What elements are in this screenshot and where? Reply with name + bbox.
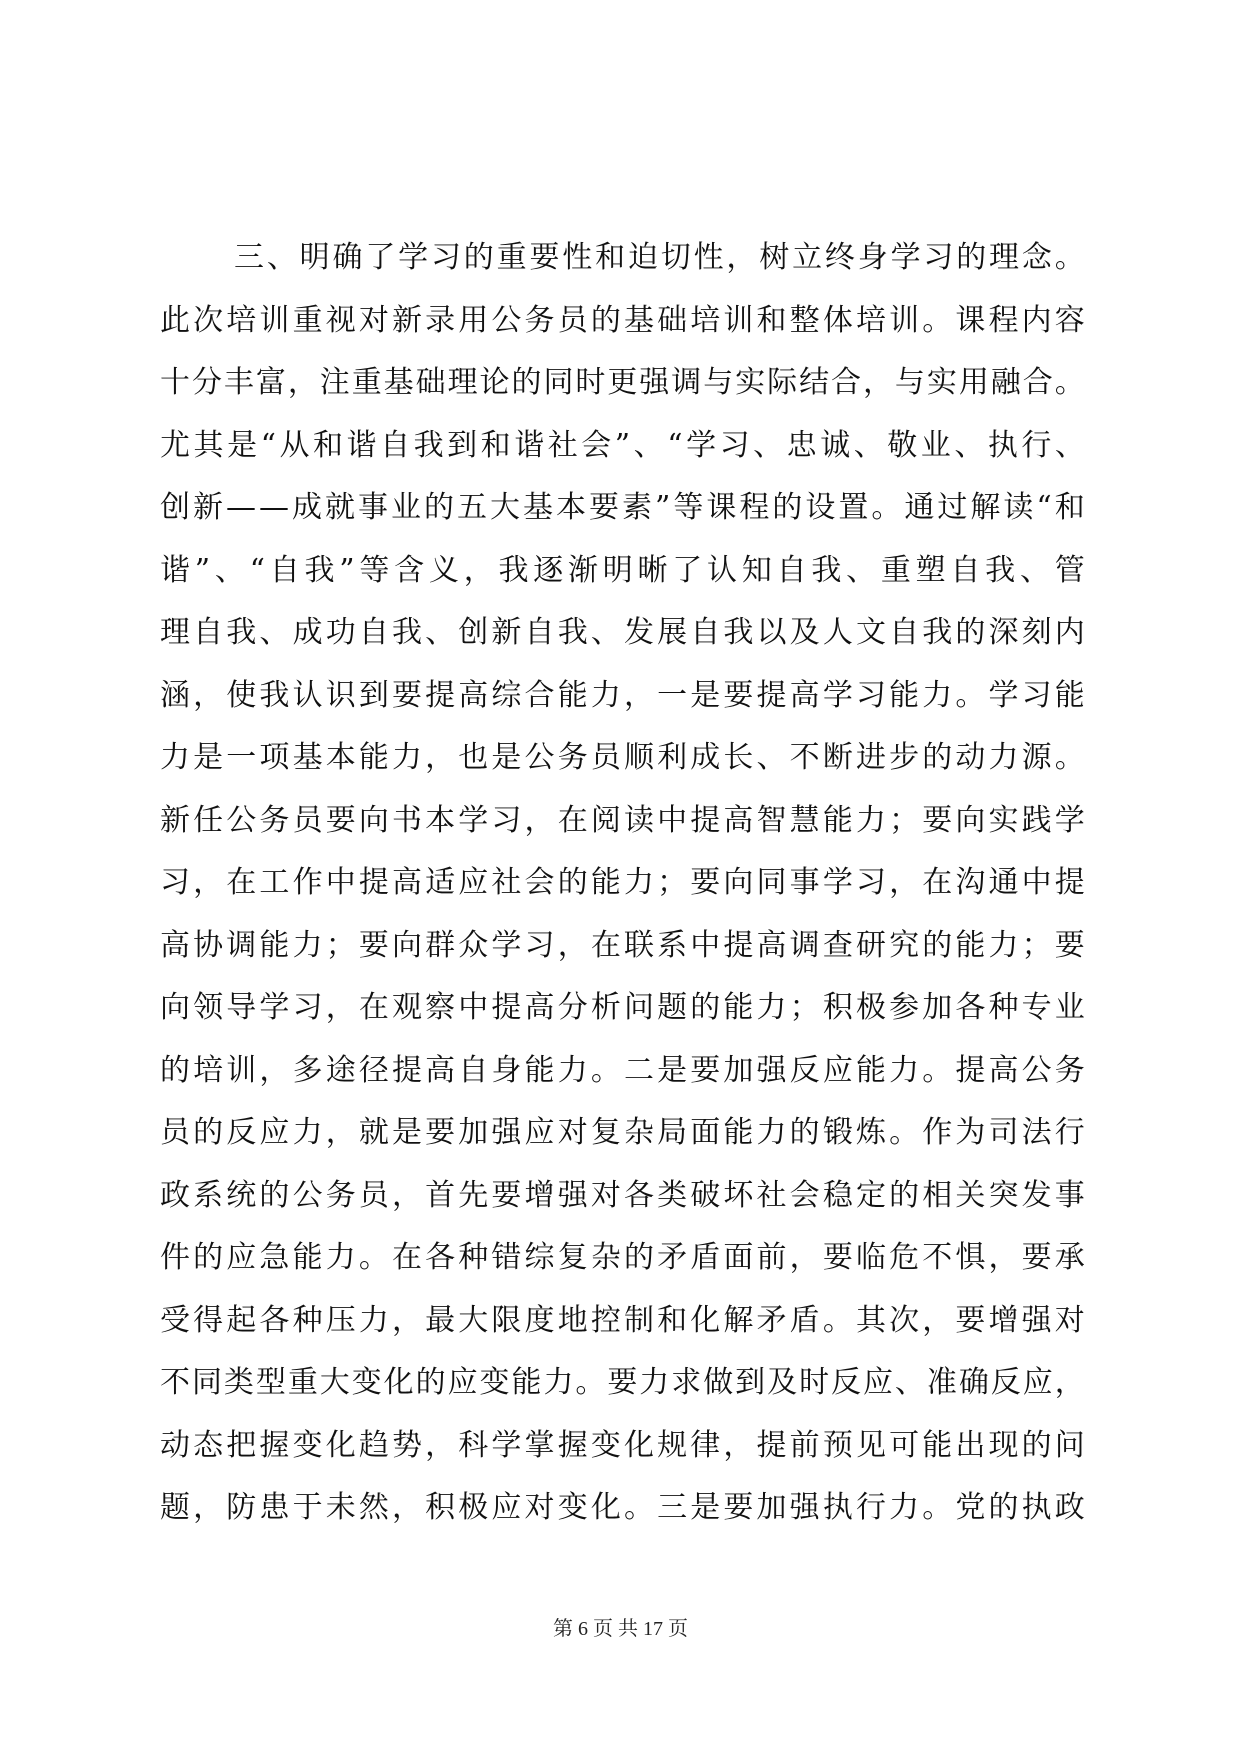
glyph: 培 (226, 299, 256, 362)
glyph: 要 (922, 799, 952, 862)
glyph: 反 (991, 1361, 1021, 1424)
glyph: 要 (723, 674, 753, 737)
glyph: 学 (989, 674, 1019, 737)
glyph: 工 (259, 861, 289, 924)
glyph: 的 (259, 1174, 289, 1237)
glyph: 实 (735, 361, 765, 424)
glyph: 能 (591, 861, 621, 924)
glyph: 力 (543, 1361, 573, 1424)
glyph: 及 (790, 611, 820, 674)
glyph: 我 (811, 549, 841, 612)
glyph: 的 (464, 236, 494, 299)
glyph: 高 (790, 674, 820, 737)
glyph: 敬 (887, 424, 917, 487)
glyph: 富 (256, 361, 286, 424)
glyph: 顺 (624, 736, 654, 799)
glyph: 中 (657, 799, 687, 862)
glyph: 公 (226, 799, 256, 862)
glyph: 高 (458, 674, 488, 737)
glyph: 也 (458, 736, 488, 799)
glyph: “ (667, 424, 682, 487)
glyph: 的 (922, 924, 952, 987)
glyph: 力 (889, 1049, 919, 1112)
glyph: 能 (889, 674, 919, 737)
glyph: 习 (293, 986, 323, 1049)
glyph: 同 (543, 361, 573, 424)
glyph: 强 (757, 1049, 787, 1112)
glyph: 是 (392, 1111, 422, 1174)
glyph: 员 (359, 1174, 389, 1237)
glyph: 得 (193, 1299, 223, 1362)
glyph: 要 (425, 1111, 455, 1174)
glyph: 课 (706, 486, 736, 549)
glyph: 提 (425, 674, 455, 737)
glyph: 我 (558, 611, 588, 674)
glyph: 文 (856, 611, 886, 674)
glyph: 承 (1055, 1236, 1085, 1299)
paragraph-line: 新任公务员要向书本学习，在阅读中提高智慧能力；要向实践学 (160, 799, 1085, 862)
glyph: 的 (511, 361, 541, 424)
glyph: 自 (458, 1049, 488, 1112)
glyph: 公 (491, 299, 521, 362)
glyph: ； (790, 986, 820, 1049)
glyph: 融 (991, 361, 1021, 424)
glyph: 以 (757, 611, 787, 674)
glyph: 观 (392, 986, 422, 1049)
glyph: 务 (558, 736, 588, 799)
glyph: 变 (293, 1424, 323, 1487)
glyph: 。 (922, 299, 952, 362)
glyph: 用 (458, 299, 488, 362)
glyph: 可 (889, 1424, 919, 1487)
glyph: 步 (889, 736, 919, 799)
glyph: 惧 (955, 1236, 985, 1299)
glyph: 要 (607, 1361, 637, 1424)
glyph: 提 (723, 924, 753, 987)
glyph: ， (922, 1299, 952, 1362)
glyph: 树 (759, 236, 789, 299)
glyph: 各 (955, 986, 985, 1049)
glyph: 。 (624, 1486, 654, 1549)
glyph: 谐 (347, 424, 377, 487)
glyph: 化 (384, 1361, 414, 1424)
glyph: 业 (391, 486, 421, 549)
glyph: 要 (359, 924, 389, 987)
glyph: ” (655, 486, 670, 549)
glyph: 众 (458, 924, 488, 987)
glyph: 稳 (823, 1174, 853, 1237)
glyph: 能 (1055, 674, 1085, 737)
glyph: 是 (657, 1049, 687, 1112)
glyph: 了 (672, 549, 702, 612)
glyph: 高 (757, 924, 787, 987)
glyph: 和 (657, 1299, 687, 1362)
glyph: 进 (856, 736, 886, 799)
glyph: 的 (889, 1174, 919, 1237)
glyph: 实 (989, 799, 1019, 862)
glyph: 、 (425, 611, 455, 674)
glyph: 学 (491, 1424, 521, 1487)
glyph: 。 (1055, 236, 1085, 299)
glyph: 诚 (820, 424, 850, 487)
glyph: 习 (491, 799, 521, 862)
glyph: 员 (293, 799, 323, 862)
glyph: 、 (895, 1361, 925, 1424)
glyph: 和 (757, 299, 787, 362)
glyph: 三 (657, 1486, 687, 1549)
glyph: 要 (589, 486, 619, 549)
glyph: 事 (790, 861, 820, 924)
glyph: 用 (959, 361, 989, 424)
glyph: 务 (259, 799, 289, 862)
glyph: 解 (723, 1299, 753, 1362)
glyph: 认 (707, 549, 737, 612)
glyph: 重 (497, 236, 527, 299)
glyph: 的 (955, 611, 985, 674)
glyph: 、 (1055, 424, 1085, 487)
glyph: 各 (425, 1236, 455, 1299)
glyph: 我 (985, 549, 1015, 612)
glyph: 向 (955, 799, 985, 862)
glyph: — (259, 486, 289, 549)
glyph: 程 (739, 486, 769, 549)
glyph: 习 (525, 924, 555, 987)
glyph: 反 (831, 1361, 861, 1424)
glyph: 患 (259, 1486, 289, 1549)
glyph: ； (889, 799, 919, 862)
glyph: 性 (694, 236, 724, 299)
glyph: 培 (193, 1049, 223, 1112)
glyph: “ (261, 424, 276, 487)
glyph: 读 (1003, 486, 1033, 549)
glyph: 分 (192, 361, 222, 424)
paragraph-line: 高协调能力；要向群众学习，在联系中提高调查研究的能力；要 (160, 924, 1085, 987)
glyph: 任 (193, 799, 223, 862)
glyph: 使 (226, 674, 256, 737)
glyph: 自 (950, 549, 980, 612)
glyph: 要 (723, 1486, 753, 1549)
glyph: 发 (624, 611, 654, 674)
glyph: 理 (989, 236, 1019, 299)
glyph: 向 (359, 799, 389, 862)
glyph: 。 (889, 1111, 919, 1174)
glyph: 应 (823, 1049, 853, 1112)
glyph: ， (193, 1486, 223, 1549)
paragraph-line: 题，防患于未然，积极应对变化。三是要加强执行力。党的执政 (160, 1486, 1085, 1549)
glyph: 的 (591, 299, 621, 362)
glyph: ” (615, 424, 630, 487)
glyph: 杂 (591, 1236, 621, 1299)
glyph: 程 (989, 299, 1019, 362)
glyph: 对 (591, 1174, 621, 1237)
glyph: 各 (259, 1299, 289, 1362)
glyph: 局 (657, 1111, 687, 1174)
glyph: 坏 (723, 1174, 753, 1237)
glyph: 能 (525, 1049, 555, 1112)
glyph: 盾 (790, 1299, 820, 1362)
glyph: 问 (1055, 1424, 1085, 1487)
glyph: ， (425, 1424, 455, 1487)
glyph: 过 (937, 486, 967, 549)
glyph: 题 (160, 1486, 190, 1549)
glyph: 课 (955, 299, 985, 362)
paragraph-line: 受得起各种压力，最大限度地控制和化解矛盾。其次，要增强对 (160, 1299, 1085, 1362)
glyph: ， (624, 674, 654, 737)
glyph: 础 (416, 361, 446, 424)
glyph: 员 (160, 1111, 190, 1174)
glyph: 确 (959, 1361, 989, 1424)
glyph: 事 (358, 486, 388, 549)
glyph: 综 (525, 1236, 555, 1299)
glyph: 度 (525, 1299, 555, 1362)
glyph: ， (989, 1236, 1019, 1299)
glyph: 现 (989, 1424, 1019, 1487)
glyph: 、 (757, 736, 787, 799)
glyph: 能 (823, 799, 853, 862)
glyph: 的 (558, 861, 588, 924)
glyph: 就 (359, 1111, 389, 1174)
glyph: 加 (757, 1486, 787, 1549)
glyph: 性 (562, 236, 592, 299)
glyph: 成 (292, 486, 322, 549)
glyph: ， (193, 861, 223, 924)
glyph: 能 (955, 924, 985, 987)
paragraph-line: 创新——成就事业的五大基本要素”等课程的设置。通过解读“和 (160, 486, 1085, 549)
glyph: 合 (525, 674, 555, 737)
glyph: 极 (458, 1486, 488, 1549)
glyph: 地 (558, 1299, 588, 1362)
glyph: 我 (414, 424, 444, 487)
glyph: 、 (954, 424, 984, 487)
glyph: 首 (425, 1174, 455, 1237)
glyph: ， (464, 549, 494, 612)
glyph: 时 (799, 1361, 829, 1424)
glyph: 等 (359, 549, 389, 612)
glyph: 习 (856, 861, 886, 924)
glyph: 要 (1022, 1236, 1052, 1299)
glyph: 念 (1022, 236, 1052, 299)
paragraph-line: 动态把握变化趋势，科学掌握变化规律，提前预见可能出现的问 (160, 1424, 1085, 1487)
glyph: 为 (955, 1111, 985, 1174)
glyph: 忠 (787, 424, 817, 487)
glyph: 慧 (790, 799, 820, 862)
glyph: 矛 (757, 1299, 787, 1362)
glyph: 化 (624, 1424, 654, 1487)
glyph: 迫 (628, 236, 658, 299)
glyph: ， (392, 1299, 422, 1362)
glyph: 研 (856, 924, 886, 987)
glyph: 立 (792, 236, 822, 299)
glyph: 化 (326, 1424, 356, 1487)
glyph: 力 (922, 674, 952, 737)
glyph: 自 (270, 549, 300, 612)
glyph: 更 (607, 361, 637, 424)
glyph: 新 (392, 299, 422, 362)
glyph: 能 (259, 924, 289, 987)
glyph: 化 (690, 1299, 720, 1362)
glyph: 变 (480, 1361, 510, 1424)
glyph: 刻 (1022, 611, 1052, 674)
glyph: 强 (491, 1111, 521, 1174)
glyph: 内 (1055, 611, 1085, 674)
glyph: 各 (624, 1174, 654, 1237)
glyph: 五 (457, 486, 487, 549)
glyph: 涵 (160, 674, 190, 737)
glyph: 杂 (624, 1111, 654, 1174)
glyph: 掌 (525, 1424, 555, 1487)
glyph: 中 (458, 986, 488, 1049)
glyph: 力 (889, 1486, 919, 1549)
glyph: 见 (856, 1424, 886, 1487)
glyph: 十 (160, 361, 190, 424)
glyph: 和 (481, 424, 511, 487)
glyph: 。 (359, 1236, 389, 1299)
glyph: 我 (226, 611, 256, 674)
glyph: 的 (416, 1361, 446, 1424)
glyph: 在 (392, 1236, 422, 1299)
glyph: 导 (226, 986, 256, 1049)
glyph: 社 (757, 1174, 787, 1237)
glyph: 制 (624, 1299, 654, 1362)
glyph: 培 (856, 299, 886, 362)
glyph: 在 (558, 799, 588, 862)
glyph: 动 (955, 736, 985, 799)
glyph: 参 (889, 986, 919, 1049)
glyph: 置 (838, 486, 868, 549)
paragraph-line: 习，在工作中提高适应社会的能力；要向同事学习，在沟通中提 (160, 861, 1085, 924)
glyph: 在 (226, 861, 256, 924)
glyph: 逐 (533, 549, 563, 612)
glyph: 复 (591, 1111, 621, 1174)
glyph: 执 (1022, 1486, 1052, 1549)
glyph: 、 (215, 549, 245, 612)
glyph: 种 (293, 1299, 323, 1362)
body-paragraph: 三、明确了学习的重要性和迫切性，树立终身学习的理念。 此次培训重视对新录用公务员… (160, 236, 1085, 1549)
glyph: 复 (558, 1236, 588, 1299)
glyph: 合 (831, 361, 861, 424)
glyph: 中 (326, 861, 356, 924)
glyph: ， (259, 1049, 289, 1112)
glyph: 力 (392, 736, 422, 799)
glyph: 结 (799, 361, 829, 424)
glyph: 的 (690, 986, 720, 1049)
glyph: 中 (690, 924, 720, 987)
glyph: 不 (922, 1236, 952, 1299)
glyph: 其 (194, 424, 224, 487)
glyph: 管 (1055, 549, 1085, 612)
glyph: 明 (300, 236, 330, 299)
glyph: 新 (160, 799, 190, 862)
glyph: 创 (458, 611, 488, 674)
glyph: 社 (491, 861, 521, 924)
paragraph-line: 谐”、“自我”等含义，我逐渐明晰了认知自我、重塑自我、管 (160, 549, 1085, 612)
glyph: 与 (703, 361, 733, 424)
paragraph-line: 员的反应力，就是要加强应对复杂局面能力的锻炼。作为司法行 (160, 1111, 1085, 1174)
glyph: 应 (448, 1361, 478, 1424)
glyph: 的 (772, 486, 802, 549)
glyph: 整 (790, 299, 820, 362)
glyph: 群 (425, 924, 455, 987)
glyph: 应 (259, 1111, 289, 1174)
glyph: 调 (226, 924, 256, 987)
glyph: 注 (320, 361, 350, 424)
glyph: 一 (657, 674, 687, 737)
glyph: 。 (922, 1486, 952, 1549)
glyph: 的 (193, 1111, 223, 1174)
glyph: 件 (160, 1236, 190, 1299)
glyph: 习 (856, 674, 886, 737)
glyph: 。 (823, 1299, 853, 1362)
glyph: 提 (359, 861, 389, 924)
glyph: 不 (790, 736, 820, 799)
glyph: 能 (293, 1236, 323, 1299)
glyph: 查 (823, 924, 853, 987)
glyph: 析 (591, 986, 621, 1049)
glyph: 应 (226, 1236, 256, 1299)
glyph: 向 (160, 986, 190, 1049)
glyph: 学 (823, 674, 853, 737)
glyph: 动 (160, 1424, 190, 1487)
glyph: 。 (922, 1049, 952, 1112)
glyph: 趋 (359, 1424, 389, 1487)
glyph: 握 (259, 1424, 289, 1487)
glyph: ； (657, 861, 687, 924)
glyph: 自 (690, 611, 720, 674)
glyph: 发 (1022, 1174, 1052, 1237)
glyph: 反 (790, 1049, 820, 1112)
glyph: 就 (325, 486, 355, 549)
glyph: 急 (259, 1236, 289, 1299)
glyph: 晰 (638, 549, 668, 612)
glyph: ， (723, 1424, 753, 1487)
glyph: 前 (757, 1236, 787, 1299)
glyph: 素 (622, 486, 652, 549)
glyph: 的 (989, 1486, 1019, 1549)
glyph: 际 (767, 361, 797, 424)
glyph: 执 (988, 424, 1018, 487)
glyph: 应 (491, 1486, 521, 1549)
glyph: 读 (624, 799, 654, 862)
glyph: 相 (922, 1174, 952, 1237)
glyph: 问 (624, 986, 654, 1049)
glyph: ， (392, 1174, 422, 1237)
glyph: 向 (723, 861, 753, 924)
glyph: 高 (425, 1049, 455, 1112)
glyph: ， (558, 924, 588, 987)
glyph: 高 (160, 924, 190, 987)
glyph: 同 (757, 861, 787, 924)
glyph: 基 (624, 299, 654, 362)
glyph: 态 (193, 1424, 223, 1487)
glyph: 自 (777, 549, 807, 612)
glyph: 对 (525, 1486, 555, 1549)
glyph: 到 (735, 1361, 765, 1424)
glyph: 党 (955, 1486, 985, 1549)
glyph: 律 (690, 1424, 720, 1487)
glyph: 务 (525, 299, 555, 362)
glyph: 积 (425, 1486, 455, 1549)
glyph: 到 (359, 674, 389, 737)
glyph: 次 (193, 299, 223, 362)
glyph: 危 (889, 1236, 919, 1299)
glyph: 公 (1022, 1049, 1052, 1112)
glyph: 。 (871, 486, 901, 549)
glyph: 防 (226, 1486, 256, 1549)
paragraph-line: 理自我、成功自我、创新自我、发展自我以及人文自我的深刻内 (160, 611, 1085, 674)
glyph: 压 (326, 1299, 356, 1362)
glyph: 义 (429, 549, 459, 612)
glyph: “ (1036, 486, 1051, 549)
